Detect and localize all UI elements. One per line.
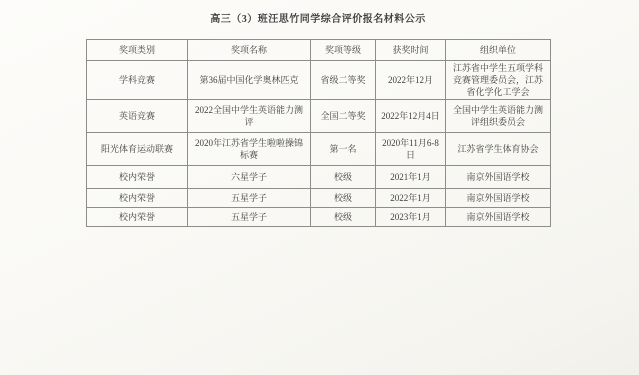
cell: 2022年12月 [376,61,446,100]
cell: 南京外国语学校 [446,166,551,189]
cell: 校级 [311,166,376,189]
cell: 六星学子 [188,166,311,189]
cell: 全国二等奖 [311,100,376,133]
cell: 南京外国语学校 [446,208,551,227]
table-row: 英语竞赛2022全国中学生英语能力测评全国二等奖2022年12月4日全国中学生英… [87,100,551,133]
cell: 南京外国语学校 [446,189,551,208]
header-cell: 组织单位 [446,40,551,61]
cell: 江苏省中学生五项学科竞赛管理委员会，江苏省化学化工学会 [446,61,551,100]
cell: 省级二等奖 [311,61,376,100]
table-row: 校内荣誉五星学子校级2022年1月南京外国语学校 [87,189,551,208]
table-row: 学科竞赛第36届中国化学奥林匹克省级二等奖2022年12月江苏省中学生五项学科竞… [87,61,551,100]
cell: 2020年11月6-8日 [376,133,446,166]
table-row: 阳光体育运动联赛2020年江苏省学生啦啦操锦标赛第一名2020年11月6-8日江… [87,133,551,166]
cell: 江苏省学生体育协会 [446,133,551,166]
table-body: 学科竞赛第36届中国化学奥林匹克省级二等奖2022年12月江苏省中学生五项学科竞… [87,61,551,227]
cell: 2022年12月4日 [376,100,446,133]
table-header-row: 奖项类别奖项名称奖项等级获奖时间组织单位 [87,40,551,61]
cell: 校内荣誉 [87,189,188,208]
cell: 2023年1月 [376,208,446,227]
cell: 2022全国中学生英语能力测评 [188,100,311,133]
cell: 2022年1月 [376,189,446,208]
cell: 校内荣誉 [87,208,188,227]
cell: 校级 [311,189,376,208]
cell: 校内荣誉 [87,166,188,189]
header-cell: 奖项等级 [311,40,376,61]
cell: 全国中学生英语能力测评组织委员会 [446,100,551,133]
header-cell: 奖项类别 [87,40,188,61]
table-row: 校内荣誉五星学子校级2023年1月南京外国语学校 [87,208,551,227]
cell: 第36届中国化学奥林匹克 [188,61,311,100]
header-cell: 奖项名称 [188,40,311,61]
scanned-document-page: 高三（3）班汪思竹同学综合评价报名材料公示 奖项类别奖项名称奖项等级获奖时间组织… [0,0,639,375]
awards-table: 奖项类别奖项名称奖项等级获奖时间组织单位 学科竞赛第36届中国化学奥林匹克省级二… [86,39,551,227]
cell: 校级 [311,208,376,227]
cell: 阳光体育运动联赛 [87,133,188,166]
cell: 英语竞赛 [87,100,188,133]
header-cell: 获奖时间 [376,40,446,61]
cell: 学科竞赛 [87,61,188,100]
table-row: 校内荣誉六星学子校级2021年1月南京外国语学校 [87,166,551,189]
table-row: 奖项类别奖项名称奖项等级获奖时间组织单位 [87,40,551,61]
cell: 五星学子 [188,208,311,227]
cell: 2020年江苏省学生啦啦操锦标赛 [188,133,311,166]
page-title: 高三（3）班汪思竹同学综合评价报名材料公示 [86,14,550,26]
cell: 2021年1月 [376,166,446,189]
cell: 五星学子 [188,189,311,208]
cell: 第一名 [311,133,376,166]
